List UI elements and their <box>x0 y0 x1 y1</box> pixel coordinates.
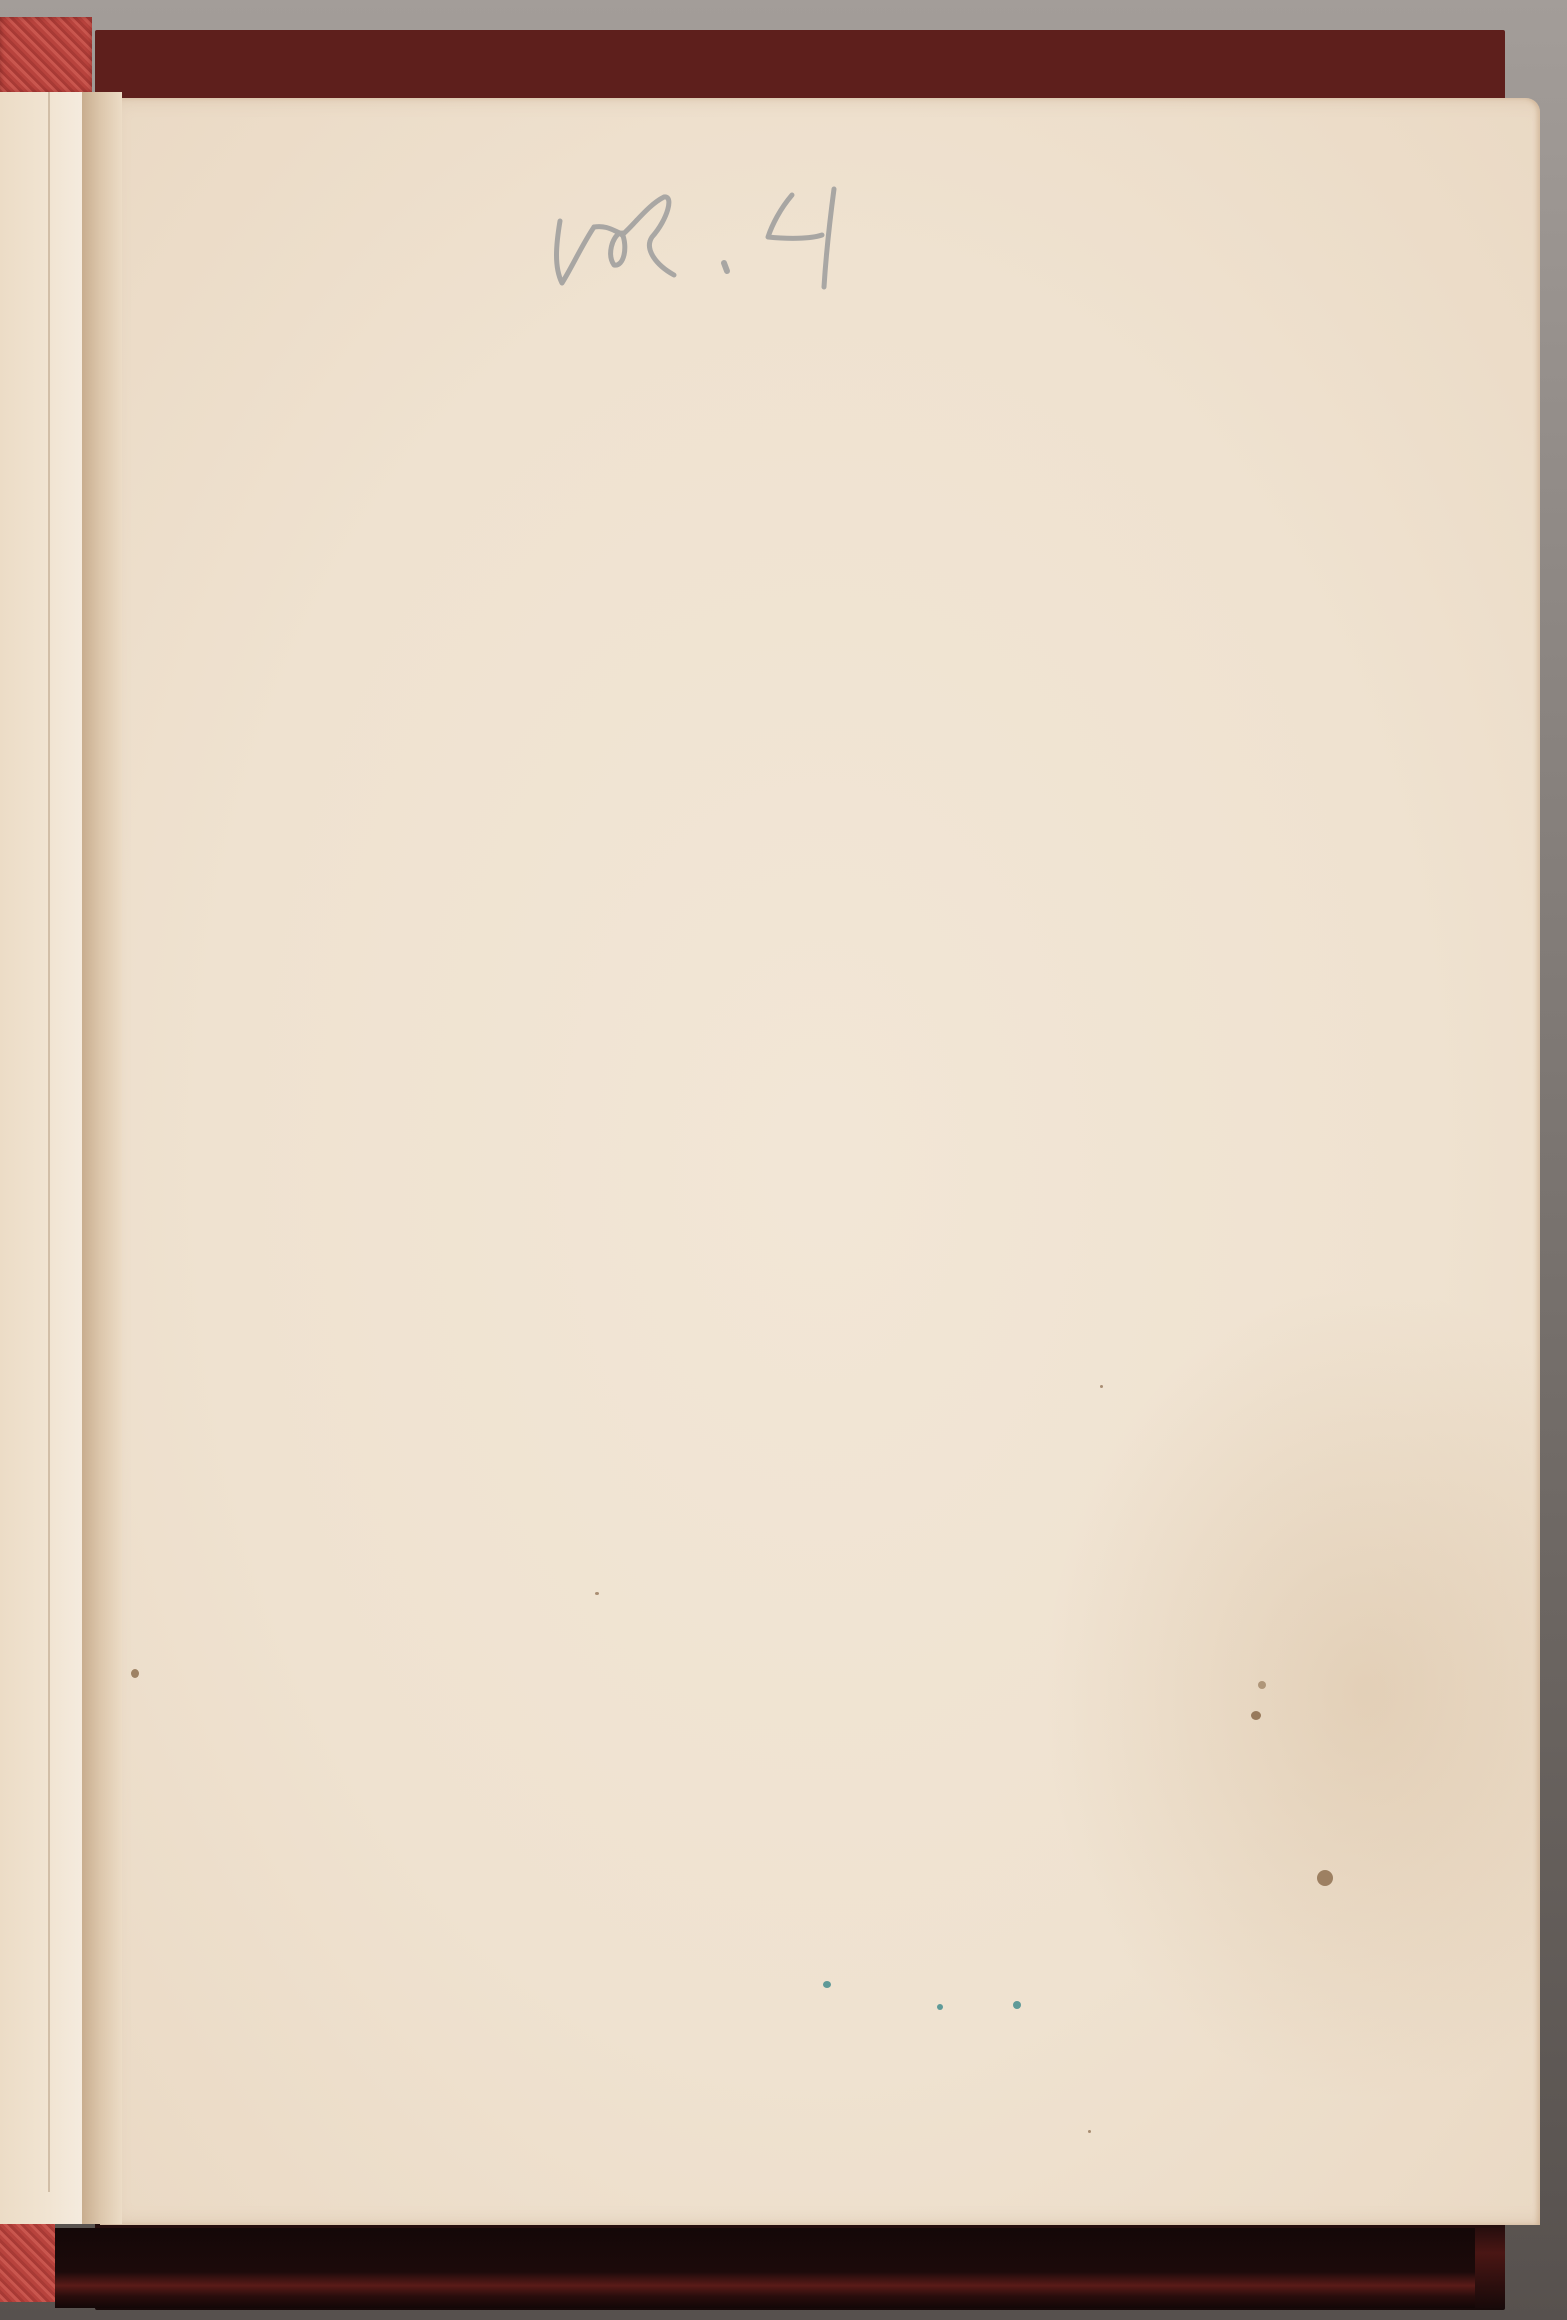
foxing-spot <box>1251 1711 1261 1720</box>
spine-cloth-bottom <box>0 2222 55 2302</box>
foxing-spot <box>1258 1681 1266 1689</box>
pencil-handwriting-icon <box>552 175 852 295</box>
foxing-spot <box>1088 2130 1091 2133</box>
ink-dot <box>823 1981 831 1988</box>
endpaper-page <box>100 98 1540 2225</box>
foxing-spot <box>1100 1385 1103 1388</box>
spine-cloth-top <box>0 17 92 93</box>
foxing-spot <box>1317 1870 1333 1886</box>
foxing-spot <box>131 1669 139 1678</box>
pastedown-strip <box>0 92 82 2224</box>
book-cover-bottom-edge <box>55 2228 1475 2308</box>
ink-dot <box>1013 2001 1021 2009</box>
ink-dot <box>937 2004 943 2010</box>
pastedown-crease <box>48 92 50 2192</box>
gutter-shadow <box>82 92 122 2224</box>
handwritten-volume-note: vol. 4 <box>552 175 852 295</box>
foxing-spot <box>595 1592 599 1595</box>
